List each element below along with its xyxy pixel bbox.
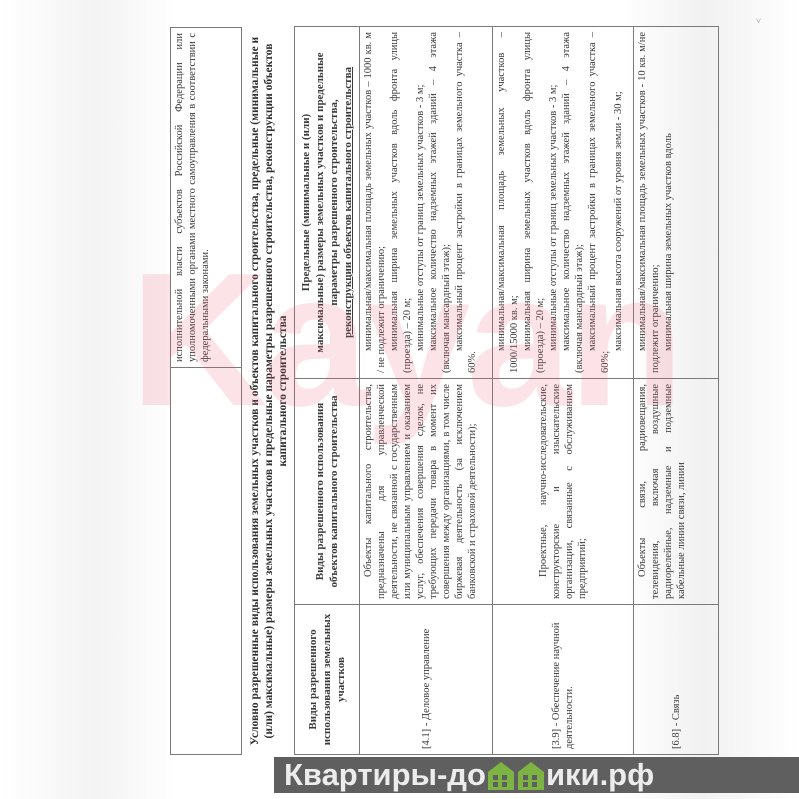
header-params-bold: Предельные (минимальные и (или): [300, 114, 312, 291]
site-banner: Квартиры-до ики.рф: [274, 757, 799, 793]
document-body: исполнительной власти субъектов Российск…: [170, 27, 719, 755]
param-line: максимальный процент застройки в граница…: [453, 32, 479, 373]
header-objects: Виды разрешенного использования объектов…: [295, 379, 360, 605]
param-line: минимальные отступы от границ земельных …: [414, 32, 427, 373]
param-line: максимальный процент застройки в граница…: [586, 32, 612, 373]
top-table: исполнительной власти субъектов Российск…: [170, 27, 242, 755]
param-line: минимальная/максимальная площадь земельн…: [362, 32, 388, 373]
param-line: максимальное количество надземных этажей…: [560, 32, 586, 373]
param-line: минимальная/максимальная площадь земельн…: [495, 32, 521, 373]
params-cell: минимальная/максимальная площадь земельн…: [360, 27, 493, 379]
table-row: [4.1] - Деловое управление Объекты капит…: [360, 27, 493, 755]
params-cell: минимальная/максимальная площадь земельн…: [493, 27, 634, 379]
scan-mark: ˅: [756, 16, 761, 26]
header-params: Предельные (минимальные и (или) максимал…: [295, 27, 360, 379]
banner-text-start: Квартиры-до: [284, 757, 486, 793]
house-logo-icon: [487, 760, 545, 790]
permitted-uses-table: Виды разрешенного использования земельны…: [294, 26, 719, 755]
param-line: минимальная ширина земельных участков вд…: [662, 32, 675, 373]
land-use-cell: [3.9] - Обеспечение научной деятельности…: [493, 605, 634, 755]
objects-text: Проектные, научно-исследовательские, кон…: [537, 384, 589, 599]
top-table-text-cell: исполнительной власти субъектов Российск…: [171, 28, 242, 368]
land-use-cell: [6.8] - Связь: [634, 605, 719, 755]
header-land-use: Виды разрешенного использования земельны…: [295, 605, 360, 755]
header-params-rest: максимальные) размеры земельных участков…: [314, 52, 340, 352]
table-row: [6.8] - Связь Объекты связи, радиовещани…: [634, 27, 719, 755]
banner-text-end: ики.рф: [546, 757, 654, 793]
top-table-empty-cell: [171, 368, 242, 755]
table-row: [3.9] - Обеспечение научной деятельности…: [493, 27, 634, 755]
header-params-underlined: реконструкции объектов капитального стро…: [342, 67, 354, 338]
objects-text: Объекты капитального строительства, пред…: [362, 384, 479, 599]
param-line: минимальная ширина земельных участков вд…: [388, 32, 414, 373]
table-header-row: Виды разрешенного использования земельны…: [295, 27, 360, 755]
objects-cell: Объекты капитального строительства, пред…: [360, 379, 493, 605]
objects-text: Объекты связи, радиовещания, телевидения…: [636, 384, 688, 599]
rotated-document-page: исполнительной власти субъектов Российск…: [0, 0, 799, 799]
param-line: минимальная ширина земельных участков вд…: [521, 32, 547, 373]
objects-cell: Объекты связи, радиовещания, телевидения…: [634, 379, 719, 605]
section-heading: Условно разрешенные виды использования з…: [242, 27, 294, 755]
param-line: минимальные отступы от границ земельных …: [547, 32, 560, 373]
objects-cell: Проектные, научно-исследовательские, кон…: [493, 379, 634, 605]
param-line: максимальное количество надземных этажей…: [427, 32, 453, 373]
params-cell: минимальная/максимальная площадь земельн…: [634, 27, 719, 379]
param-line: минимальная/максимальная площадь земельн…: [636, 32, 662, 373]
param-line: максимальная высота сооружений от уровня…: [612, 32, 625, 373]
land-use-cell: [4.1] - Деловое управление: [360, 605, 493, 755]
